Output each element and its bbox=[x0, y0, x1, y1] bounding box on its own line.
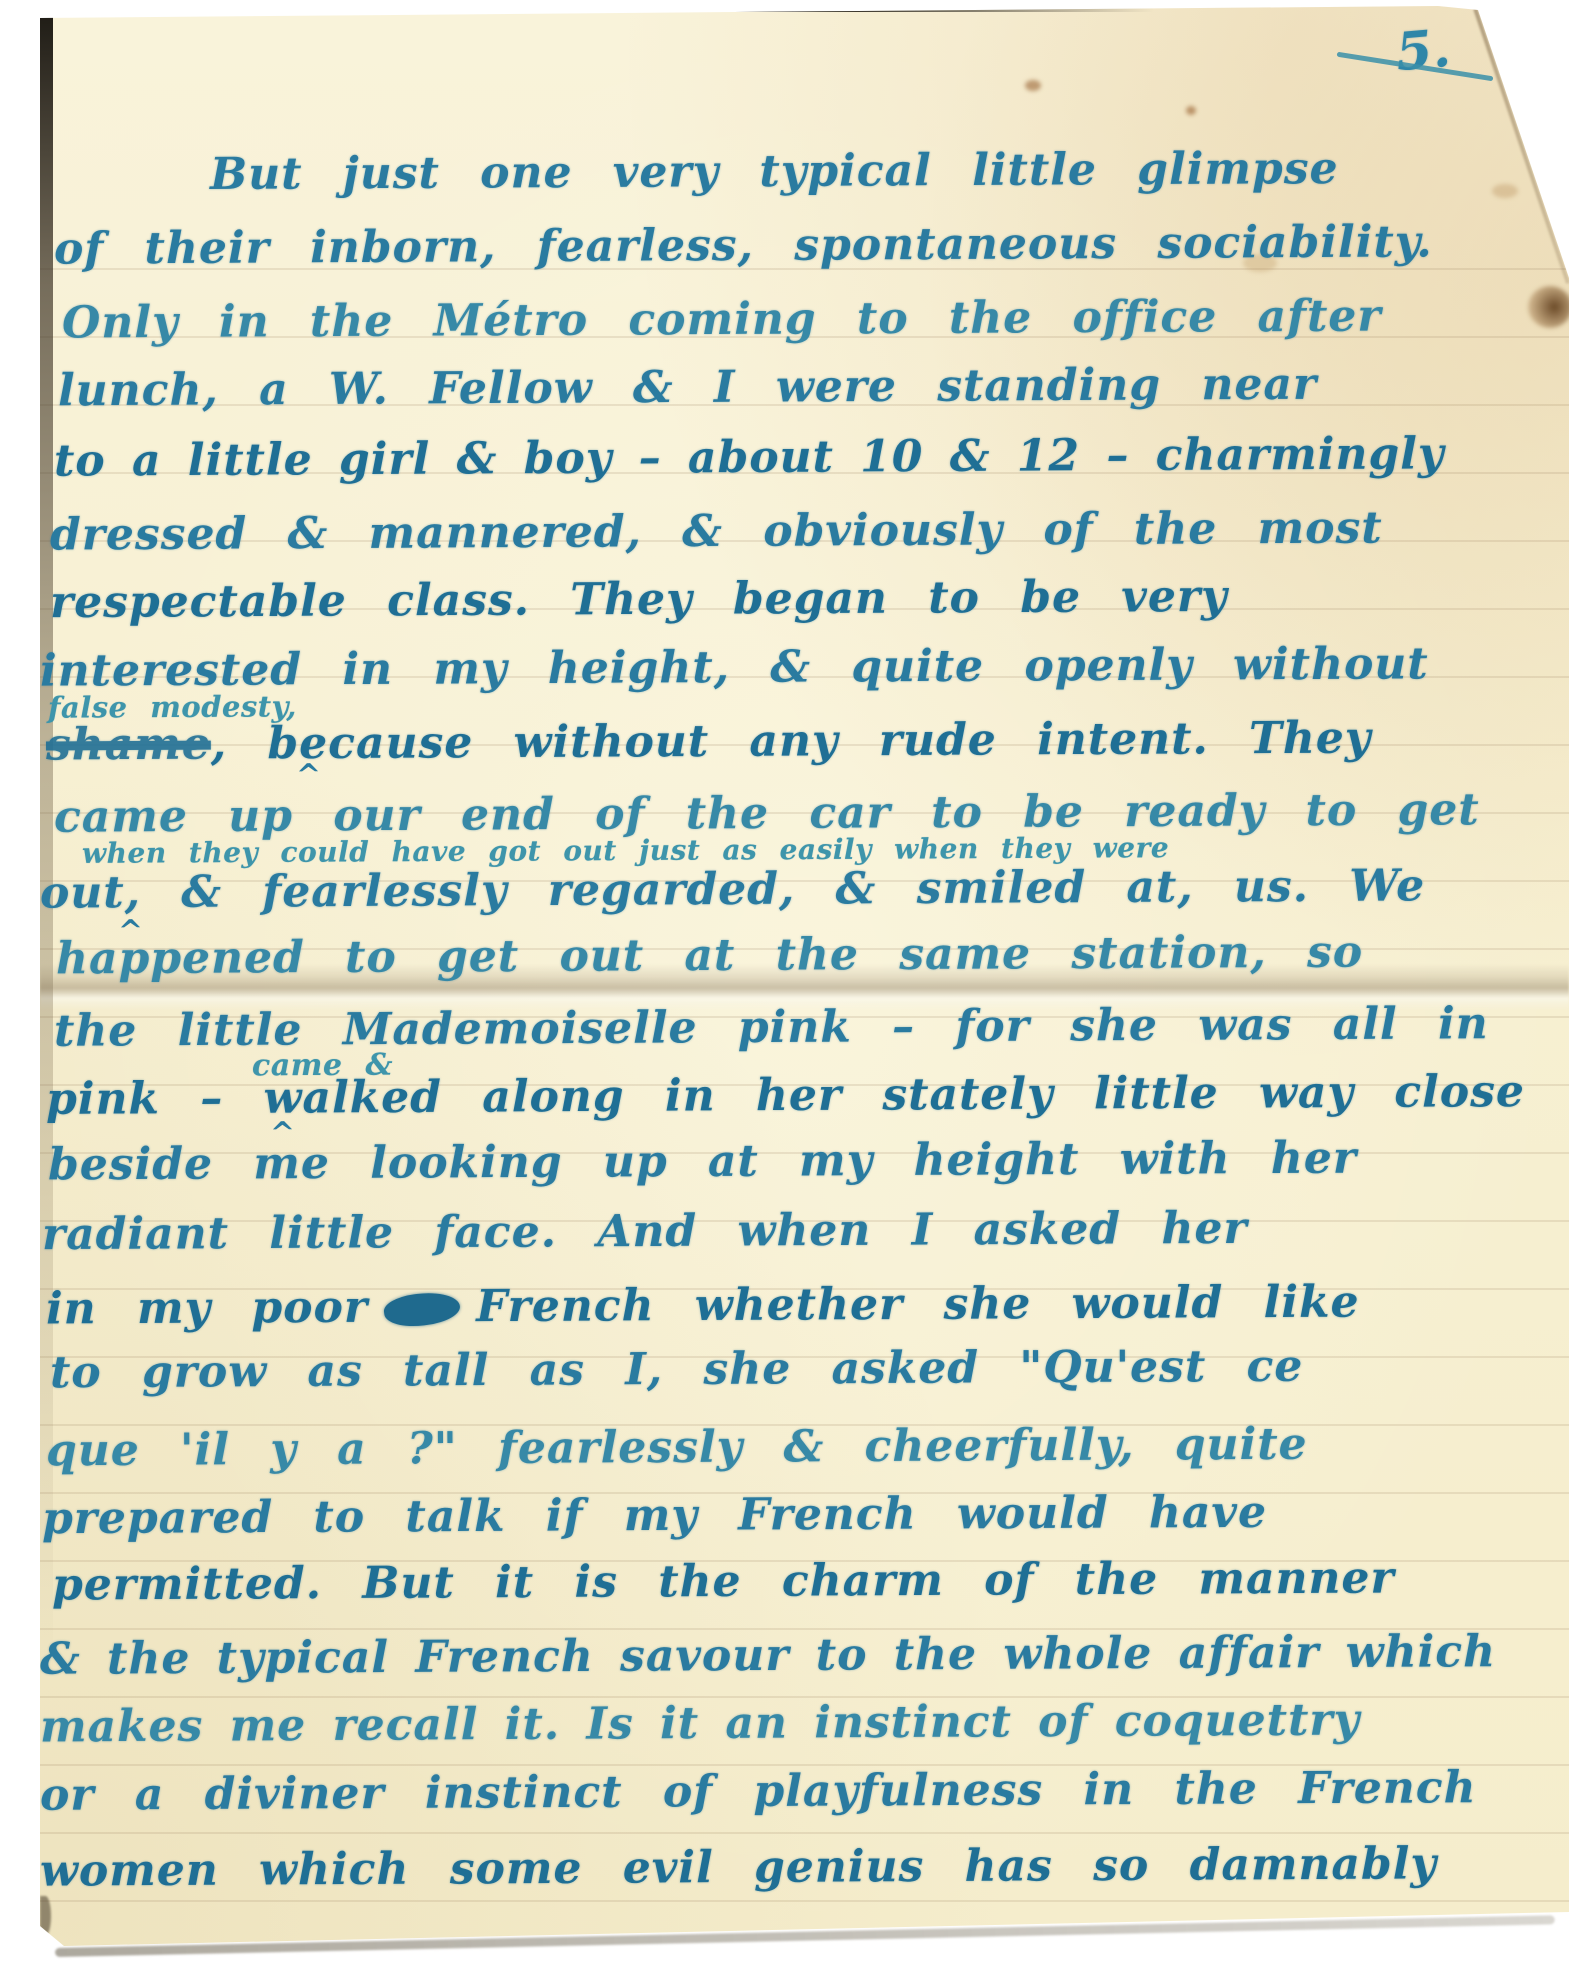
handwritten-line: que 'il y a ?" fearlessly & cheerfully, … bbox=[46, 1419, 1308, 1477]
handwritten-line: out, & fearlessly regarded, & smiled at,… bbox=[40, 860, 1425, 918]
line-text: , because without any rude intent. They bbox=[211, 713, 1372, 770]
handwritten-line: shame, because without any rude intent. … bbox=[46, 713, 1372, 771]
handwritten-line: But just one very typical little glimpse bbox=[210, 143, 1339, 200]
handwritten-line: happened to get out at the same station,… bbox=[56, 927, 1363, 985]
handwritten-line: interested in my height, & quite openly … bbox=[40, 638, 1429, 696]
edge-tear-notch bbox=[40, 1896, 51, 1936]
line-text: French whether she would like bbox=[476, 1277, 1360, 1333]
handwritten-line: respectable class. They began to be very bbox=[50, 571, 1228, 628]
struck-word: shame bbox=[46, 719, 211, 771]
foxing-spot bbox=[1528, 286, 1569, 328]
letter-page: 5. But just one very typical little glim… bbox=[40, 6, 1569, 1948]
handwritten-line: pink – walked along in her stately littl… bbox=[46, 1066, 1525, 1125]
handwritten-line: permitted. But it is the charm of the ma… bbox=[52, 1552, 1395, 1610]
handwritten-line: Only in the Métro coming to the office a… bbox=[62, 291, 1382, 349]
handwritten-line: dressed & mannered, & obviously of the m… bbox=[50, 503, 1383, 561]
ink-blot bbox=[382, 1289, 461, 1330]
torn-corner-edge bbox=[1473, 8, 1569, 284]
foxing-spot bbox=[1025, 80, 1041, 91]
handwritten-line: of their inborn, fearless, spontaneous s… bbox=[54, 216, 1433, 274]
handwritten-line: or a diviner instinct of playfulness in … bbox=[40, 1762, 1477, 1821]
handwritten-line: beside me looking up at my height with h… bbox=[48, 1133, 1357, 1191]
scanned-letter: 5. But just one very typical little glim… bbox=[0, 0, 1569, 1974]
handwritten-line: to a little girl & boy – about 10 & 12 –… bbox=[54, 428, 1445, 486]
handwritten-line: makes me recall it. Is it an instinct of… bbox=[40, 1695, 1360, 1753]
foxing-spot bbox=[1492, 184, 1518, 198]
handwritten-line: women which some evil genius has so damn… bbox=[40, 1838, 1437, 1896]
handwritten-line: in my poorFrench whether she would like bbox=[46, 1277, 1360, 1335]
foxing-spot bbox=[1186, 106, 1196, 115]
handwritten-line: to grow as tall as I, she asked "Qu'est … bbox=[50, 1341, 1304, 1399]
line-text: in my poor bbox=[46, 1282, 368, 1335]
paper-edge-shadow-top bbox=[42, 6, 1154, 12]
handwritten-line: & the typical French savour to the whole… bbox=[40, 1626, 1496, 1685]
handwritten-line: radiant little face. And when I asked he… bbox=[42, 1203, 1248, 1260]
caret-mark: ^ bbox=[296, 758, 321, 793]
handwritten-line: prepared to talk if my French would have bbox=[42, 1487, 1267, 1544]
handwritten-line: lunch, a W. Fellow & I were standing nea… bbox=[58, 359, 1317, 417]
